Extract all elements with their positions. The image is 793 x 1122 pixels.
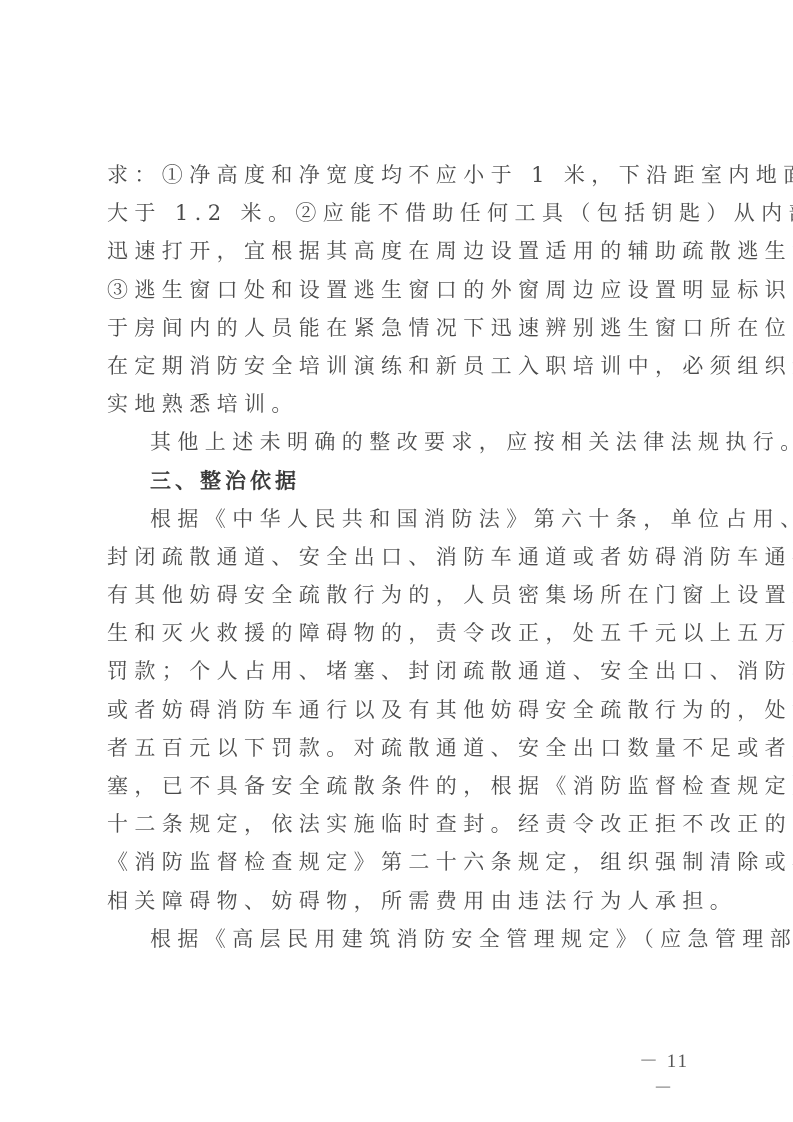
text-line: 大于 1.2 米。②应能不借助任何工具（包括钥匙）从内部轻易、 — [107, 194, 693, 232]
document-page: 求：①净高度和净宽度均不应小于 1 米，下沿距室内地面不宜 大于 1.2 米。②… — [0, 0, 793, 1122]
text-line: 相关障碍物、妨碍物，所需费用由违法行为人承担。 — [107, 882, 693, 920]
text-line: 封闭疏散通道、安全出口、消防车通道或者妨碍消防车通行以及 — [107, 538, 693, 576]
text-line: 有其他妨碍安全疏散行为的，人员密集场所在门窗上设置影响逃 — [107, 576, 693, 614]
text-line: 十二条规定，依法实施临时查封。经责令改正拒不改正的，根据 — [107, 805, 693, 843]
text-line: 罚款；个人占用、堵塞、封闭疏散通道、安全出口、消防车通道 — [107, 652, 693, 690]
text-line: 实地熟悉培训。 — [107, 385, 693, 423]
text-line: ③逃生窗口处和设置逃生窗口的外窗周边应设置明显标识，让处 — [107, 271, 693, 309]
paragraph-start: 其他上述未明确的整改要求，应按相关法律法规执行。 — [107, 423, 693, 461]
text-line: 或者妨碍消防车通行以及有其他妨碍安全疏散行为的，处警告或 — [107, 691, 693, 729]
text-line: 求：①净高度和净宽度均不应小于 1 米，下沿距室内地面不宜 — [107, 156, 693, 194]
text-line: 者五百元以下罚款。对疏散通道、安全出口数量不足或者严重堵 — [107, 729, 693, 767]
section-heading: 三、整治依据 — [107, 462, 693, 500]
text-line: 在定期消防安全培训演练和新员工入职培训中，必须组织逃生窗 — [107, 347, 693, 385]
text-line: 迅速打开，宜根据其高度在周边设置适用的辅助疏散逃生设施。 — [107, 232, 693, 270]
paragraph-start: 根据《高层民用建筑消防安全管理规定》（应急管理部令第 — [107, 920, 693, 958]
text-line: 塞，已不具备安全疏散条件的，根据《消防监督检查规定》第二 — [107, 767, 693, 805]
text-line: 于房间内的人员能在紧急情况下迅速辨别逃生窗口所在位置。④ — [107, 309, 693, 347]
text-line: 《消防监督检查规定》第二十六条规定，组织强制清除或者拆除 — [107, 843, 693, 881]
document-body: 求：①净高度和净宽度均不应小于 1 米，下沿距室内地面不宜 大于 1.2 米。②… — [107, 156, 693, 958]
paragraph-start: 根据《中华人民共和国消防法》第六十条，单位占用、堵塞、 — [107, 500, 693, 538]
page-number: － 11 － — [632, 1046, 696, 1100]
text-line: 生和灭火救援的障碍物的，责令改正，处五千元以上五万元以下 — [107, 614, 693, 652]
